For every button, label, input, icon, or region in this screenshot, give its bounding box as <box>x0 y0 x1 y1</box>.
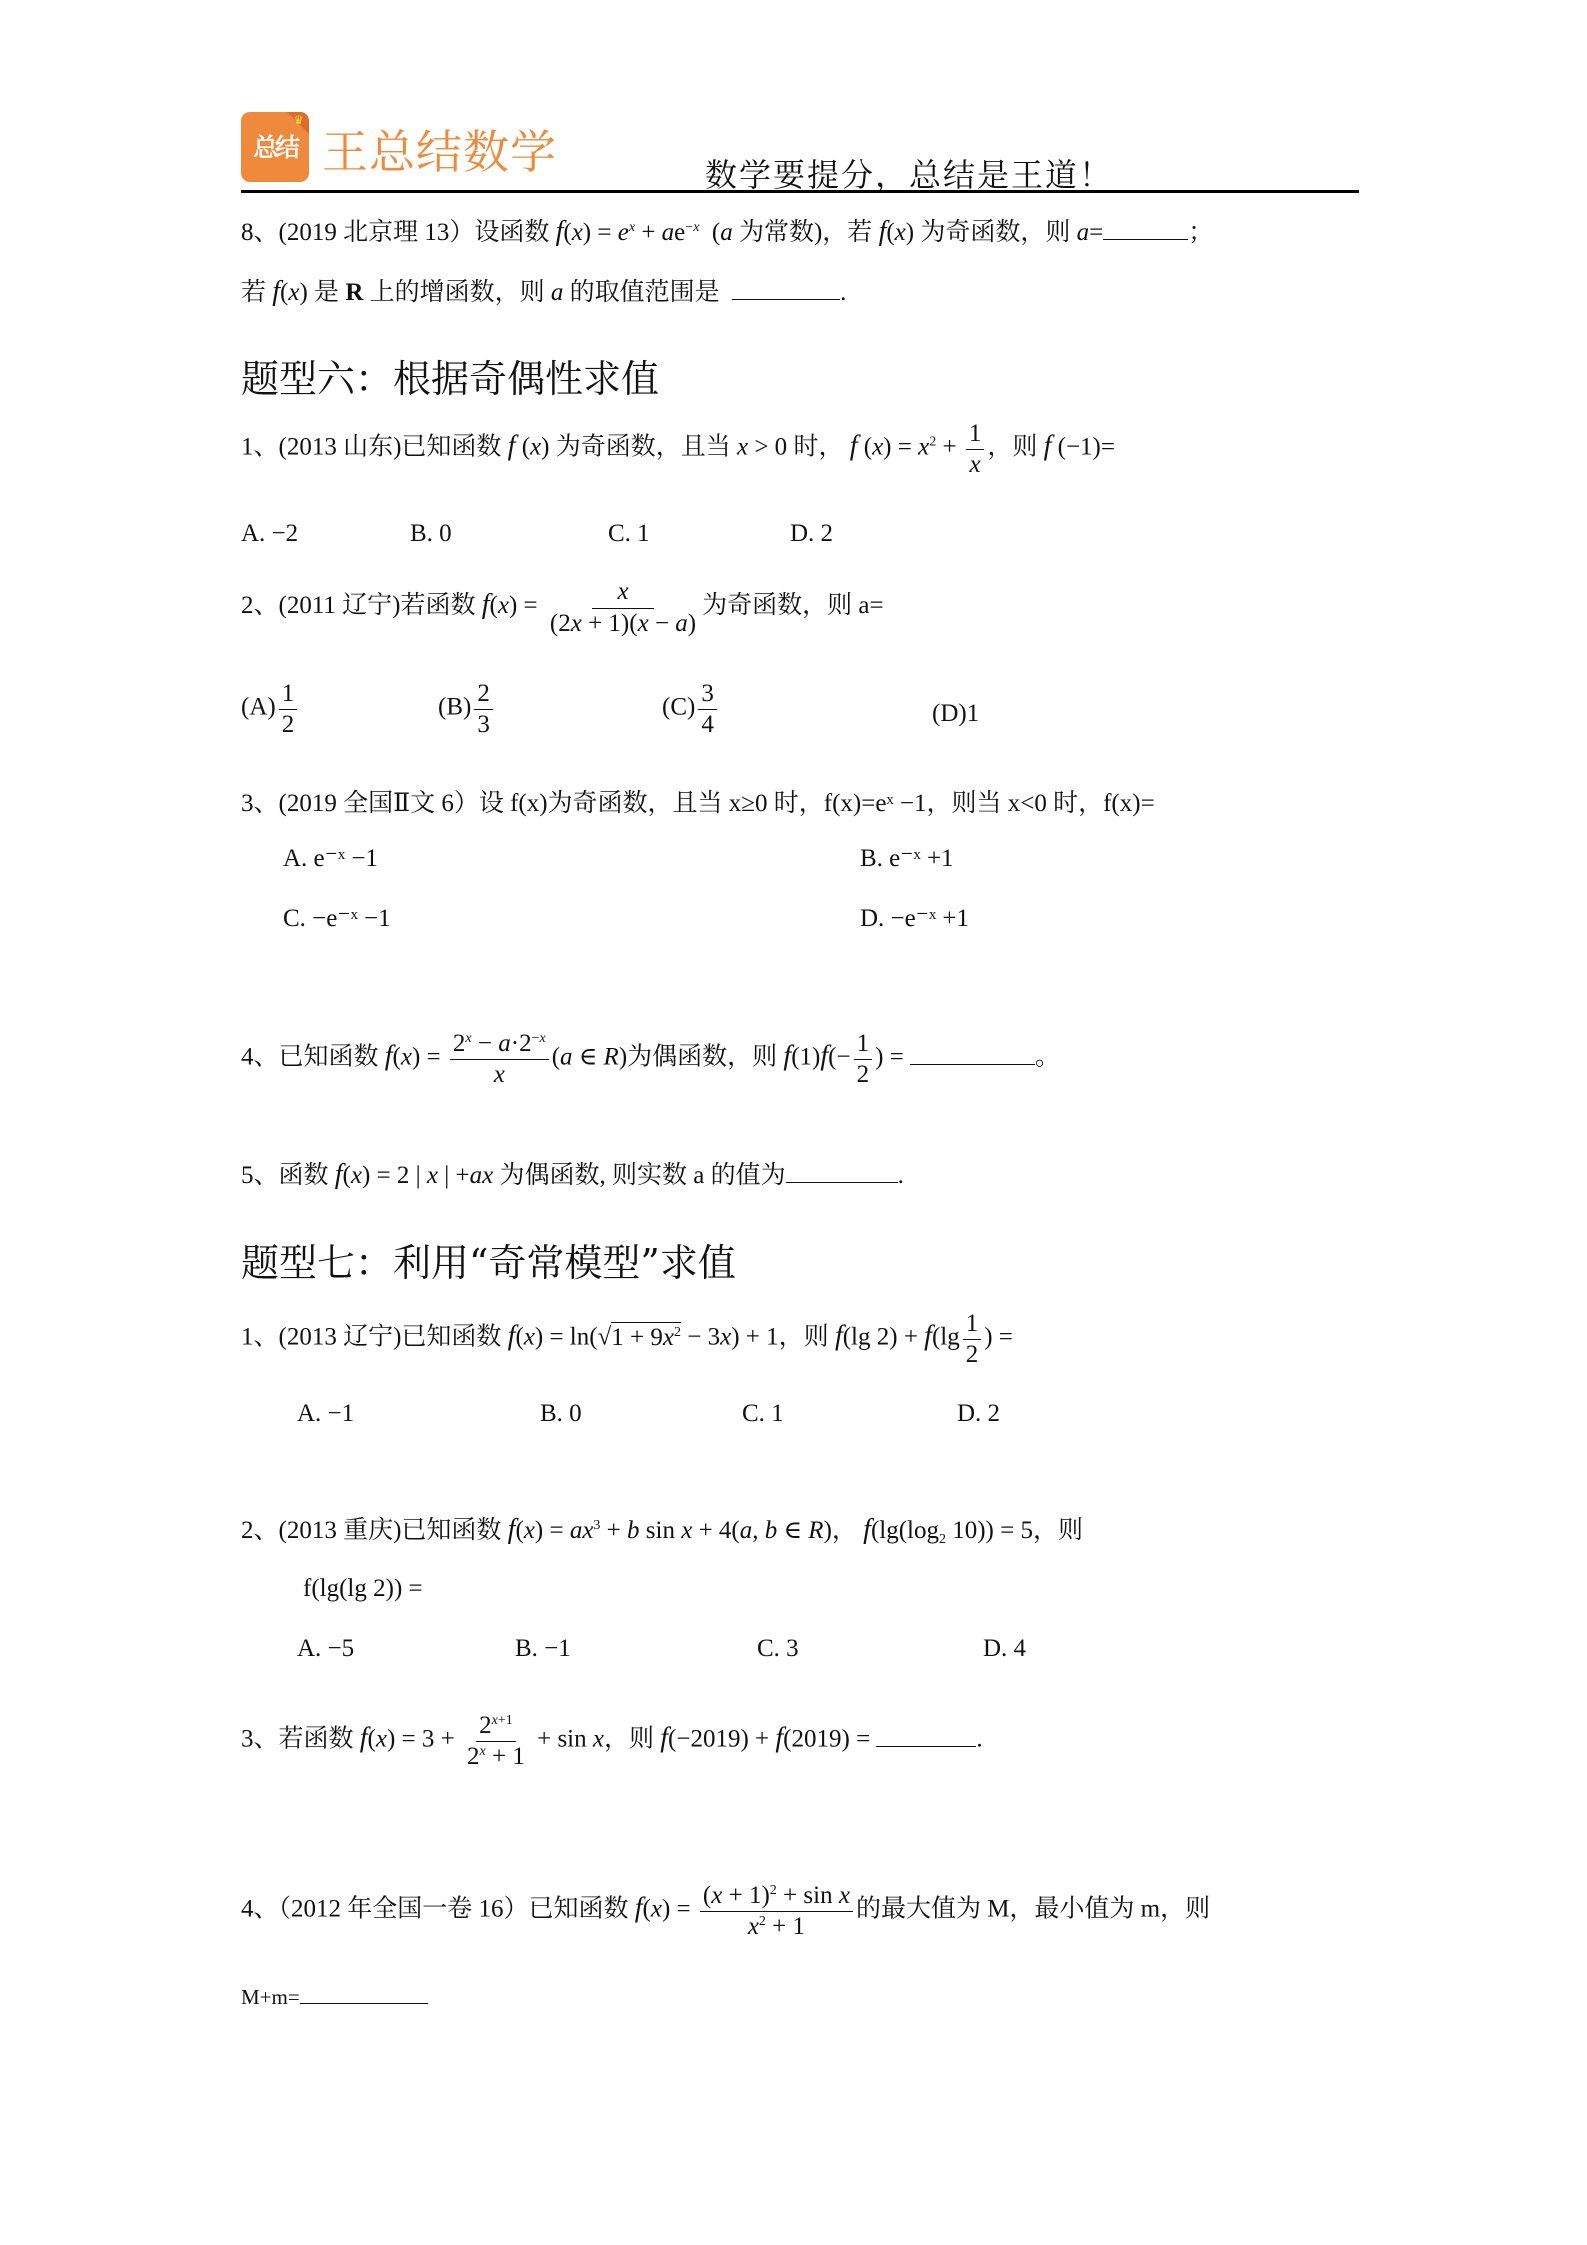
punct: 。 <box>1035 1044 1060 1071</box>
s6-question-1: 1、(2013 山东)已知函数 f (x) 为奇函数，且当 x > 0 时， f… <box>241 420 1115 478</box>
fraction: 2x+12x + 1 <box>464 1712 528 1770</box>
question-text: 为奇函数，则 a= <box>702 592 883 619</box>
option-d[interactable]: (D)1 <box>932 700 979 728</box>
option-label: (C) <box>662 694 695 721</box>
s7-question-1: 1、(2013 辽宁)已知函数 f(x) = ln(√1 + 9x2 − 3x)… <box>241 1310 1013 1368</box>
question-text: M+m= <box>241 1985 300 2009</box>
question-text: ，则 <box>987 434 1043 461</box>
section-7-title: 题型七：利用“奇常模型”求值 <box>241 1232 736 1287</box>
fraction: 12 <box>279 680 298 738</box>
option-label: (A) <box>241 694 276 721</box>
question-text: 的最大值为 M，最小值为 m，则 <box>856 1896 1210 1923</box>
s6-question-2: 2、(2011 辽宁)若函数 f(x) = x(2x + 1)(x − a)为奇… <box>241 578 884 637</box>
logo-badge-text: 总结 <box>241 128 309 164</box>
question-text: ， <box>832 1517 857 1544</box>
punct: . <box>898 1162 904 1189</box>
option-d[interactable]: D. 2 <box>790 520 833 548</box>
option-d[interactable]: D. −e⁻ˣ +1 <box>860 903 969 933</box>
question-text: 5、函数 <box>241 1162 335 1189</box>
option-c[interactable]: C. 1 <box>742 1400 784 1428</box>
option-b[interactable]: B. 0 <box>410 520 452 548</box>
punct: ； <box>1188 219 1213 246</box>
question-text: 4、已知函数 <box>241 1044 385 1071</box>
option-b[interactable]: B. e⁻ˣ +1 <box>860 843 954 873</box>
answer-blank[interactable] <box>876 1746 976 1747</box>
s7-question-3: 3、若函数 f(x) = 3 + 2x+12x + 1 + sin x，则 f(… <box>241 1712 983 1770</box>
question-text: 3、若函数 <box>241 1726 360 1753</box>
option-b[interactable]: B. 0 <box>540 1400 582 1428</box>
s6-question-3: 3、(2019 全国Ⅱ文 6）设 f(x)为奇函数，且当 x≥0 时，f(x)=… <box>241 783 1155 819</box>
fraction: 2x − a·2−xx <box>450 1030 549 1088</box>
fraction: 12 <box>854 1030 873 1088</box>
fraction: 23 <box>474 680 493 738</box>
header-divider <box>241 190 1359 193</box>
option-c[interactable]: (C)34 <box>662 680 720 738</box>
option-b[interactable]: (B)23 <box>438 680 496 738</box>
option-a[interactable]: A. e⁻ˣ −1 <box>283 843 378 873</box>
fraction: x(2x + 1)(x − a) <box>547 578 699 637</box>
question-text: 1、(2013 辽宁)已知函数 <box>241 1324 508 1351</box>
question-text: ，则 <box>1033 1517 1083 1544</box>
s7-question-4: 4、（2012 年全国一卷 16）已知函数 f(x) = (x + 1)2 + … <box>241 1882 1210 1940</box>
question-text: 为偶函数, 则实数 a 的值为 <box>493 1162 785 1189</box>
s7-question-4-line2: M+m= <box>241 1985 428 2010</box>
punct: . <box>840 279 846 306</box>
question-text: 2、(2011 辽宁)若函数 <box>241 592 482 619</box>
answer-blank[interactable] <box>1103 239 1188 240</box>
option-c[interactable]: C. 3 <box>757 1635 799 1663</box>
fraction: 34 <box>698 680 717 738</box>
option-c[interactable]: C. −e⁻ˣ −1 <box>283 903 391 933</box>
question-text: 1、(2013 山东)已知函数 <box>241 434 508 461</box>
fraction: (x + 1)2 + sin xx2 + 1 <box>700 1882 853 1940</box>
logo-badge: ♛ 总结 <box>241 112 309 182</box>
option-d[interactable]: D. 4 <box>983 1635 1026 1663</box>
option-a[interactable]: (A)12 <box>241 680 300 738</box>
punct: . <box>976 1726 982 1753</box>
question-text: 2、(2013 重庆)已知函数 <box>241 1517 508 1544</box>
s7-question-2-line2: f(lg(lg 2)) = <box>303 1575 423 1603</box>
section-6-title: 题型六：根据奇偶性求值 <box>241 348 659 403</box>
crown-icon: ♛ <box>293 114 304 126</box>
option-b[interactable]: B. −1 <box>515 1635 571 1663</box>
s7-question-2: 2、(2013 重庆)已知函数 f(x) = ax3 + b sin x + 4… <box>241 1510 1083 1548</box>
answer-blank[interactable] <box>732 299 840 300</box>
question-8-line2: 若 f(x) 是 R 上的增函数，则 a 的取值范围是 . <box>241 272 846 308</box>
option-a[interactable]: A. −1 <box>297 1400 354 1428</box>
question-text: 为奇函数，且当 <box>549 434 737 461</box>
question-text: 时， <box>787 434 843 461</box>
question-text: 4、（2012 年全国一卷 16）已知函数 <box>241 1896 635 1923</box>
answer-blank[interactable] <box>910 1064 1035 1065</box>
option-label: (B) <box>438 694 471 721</box>
answer-blank[interactable] <box>300 2003 428 2004</box>
question-8-line1: 8、(2019 北京理 13）设函数 f(x) = ex + ae−x (a 为… <box>241 212 1213 248</box>
fraction: 1x <box>966 420 985 478</box>
question-text: ，则 <box>779 1324 835 1351</box>
question-text: 8、(2019 北京理 13）设函数 <box>241 219 556 246</box>
question-text: = <box>1101 434 1115 461</box>
s6-question-5: 5、函数 f(x) = 2 | x | +ax 为偶函数, 则实数 a 的值为. <box>241 1155 904 1191</box>
brand-name: 王总结数学 <box>322 116 557 182</box>
fraction: 12 <box>963 1310 982 1368</box>
answer-blank[interactable] <box>786 1182 898 1183</box>
option-c[interactable]: C. 1 <box>608 520 650 548</box>
option-a[interactable]: A. −2 <box>241 520 298 548</box>
option-a[interactable]: A. −5 <box>297 1635 354 1663</box>
option-d[interactable]: D. 2 <box>957 1400 1000 1428</box>
question-text: 为偶函数，则 <box>627 1044 783 1071</box>
question-text: ，则 <box>604 1726 660 1753</box>
s6-question-4: 4、已知函数 f(x) = 2x − a·2−xx(a ∈ R)为偶函数，则 f… <box>241 1030 1060 1088</box>
